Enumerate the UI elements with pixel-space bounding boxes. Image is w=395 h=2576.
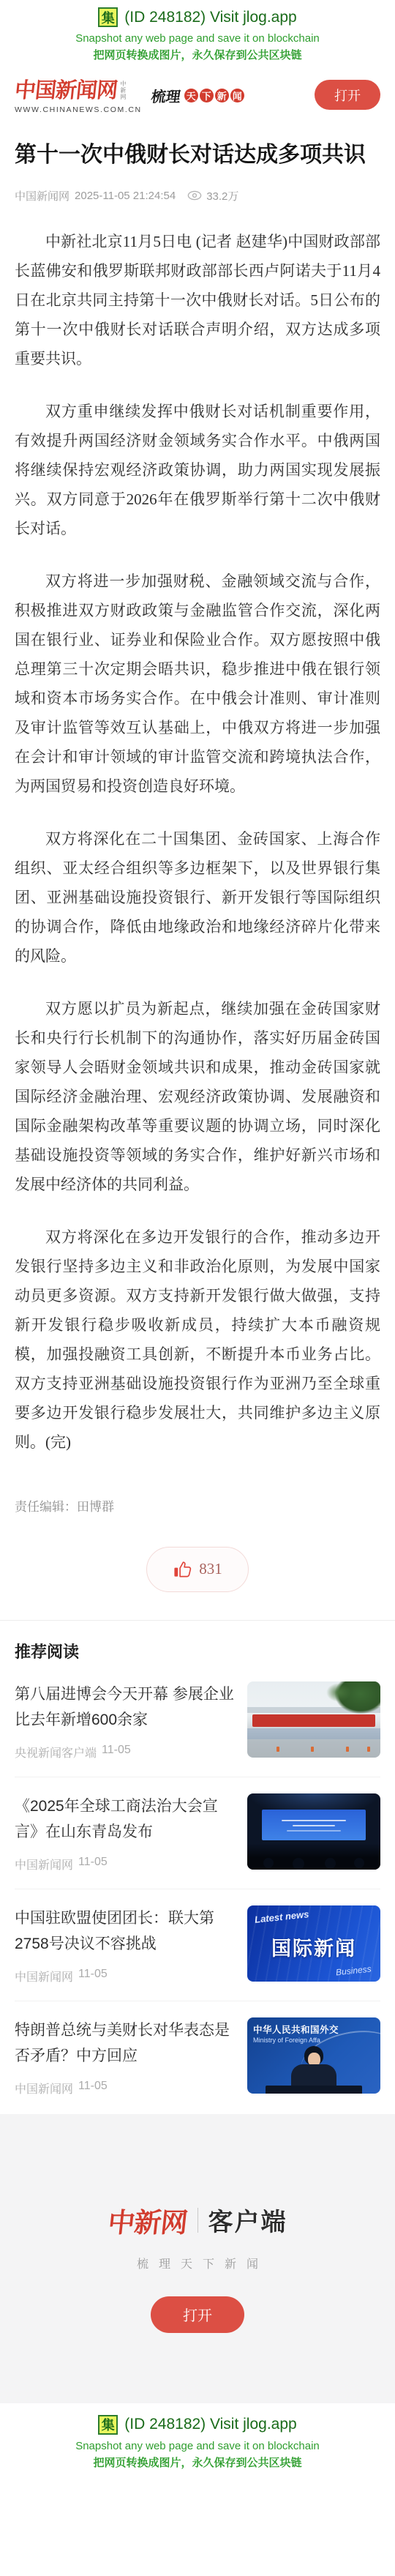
- article-paragraph: 中新社北京11月5日电 (记者 赵建华)中国财政部部长蓝佛安和俄罗斯联邦财政部部…: [15, 227, 380, 373]
- recommend-item-date: 11-05: [78, 2080, 108, 2097]
- view-count-value: 33.2万: [206, 188, 238, 204]
- international-news-thumbnail: Latest news 国际新闻 Business: [247, 1905, 380, 1982]
- jlog-banner-subtitle-cn: 把网页转换成图片，永久保存到公共区块链: [0, 2454, 395, 2470]
- footer-tagline: 梳理天下新闻: [0, 2255, 395, 2271]
- article-title: 第十一次中俄财长对话达成多项共识: [15, 141, 380, 171]
- recommend-item[interactable]: 特朗普总统与美财长对华表态是否矛盾？中方回应 中国新闻网 11-05 中华人民共…: [15, 2001, 380, 2113]
- jlog-banner-subtitle-cn: 把网页转换成图片，永久保存到公共区块链: [0, 47, 395, 62]
- article-body: 中新社北京11月5日电 (记者 赵建华)中国财政部部长蓝佛安和俄罗斯联邦财政部部…: [15, 227, 380, 1457]
- recommend-item-title: 特朗普总统与美财长对华表态是否矛盾？中方回应: [15, 2017, 234, 2069]
- view-count: 33.2万: [187, 188, 238, 204]
- recommend-item-source: 中国新闻网: [15, 1968, 73, 1985]
- recommend-heading: 推荐阅读: [15, 1640, 380, 1662]
- footer-logo-divider: [197, 2208, 198, 2233]
- recommend-item[interactable]: 中国驻欧盟使团团长：联大第2758号决议不容挑战 中国新闻网 11-05 Lat…: [15, 1889, 380, 2001]
- jlog-banner-title: (ID 248182) Visit jlog.app: [124, 9, 296, 26]
- conference-stage-thumbnail: [247, 1793, 380, 1870]
- article-paragraph: 双方将深化在二十国集团、金砖国家、上海合作组织、亚太经合组织等多边框架下，以及世…: [15, 824, 380, 971]
- spokesperson-thumbnail: 中华人民共和国外交 Ministry of Foreign Affa: [247, 2017, 380, 2094]
- screen-text-line: [287, 1830, 340, 1832]
- recommend-item-meta: 中国新闻网 11-05: [15, 2080, 234, 2097]
- tagline-circle: 闻: [230, 89, 244, 102]
- jlog-banner-title: (ID 248182) Visit jlog.app: [124, 2416, 296, 2433]
- traffic-cone-shape: [346, 1747, 349, 1752]
- traffic-cone-shape: [311, 1747, 314, 1752]
- recommend-item-meta: 中国新闻网 11-05: [15, 1856, 234, 1873]
- expo-facade-shape: [247, 1728, 380, 1739]
- site-header: 中国新闻网 中新网 WWW.CHINANEWS.COM.CN 梳理 天 下 新 …: [0, 71, 395, 122]
- recommend-list: 第八届进博会今天开幕 参展企业比去年新增600余家 央视新闻客户端 11-05: [15, 1665, 380, 2113]
- site-logo-side-text: 中新网: [119, 81, 126, 100]
- editor-line: 责任编辑：田博群: [15, 1496, 380, 1515]
- tree-shape: [326, 1683, 351, 1702]
- footer-logo-text: 中新网: [106, 2200, 189, 2240]
- article-paragraph: 双方愿以扩员为新起点，继续加强在金砖国家财长和央行行长机制下的沟通协作，落实好历…: [15, 994, 380, 1199]
- jlog-banner-top[interactable]: 集 (ID 248182) Visit jlog.app Snapshot an…: [0, 0, 395, 71]
- article-source: 中国新闻网: [15, 188, 69, 204]
- open-app-button-footer[interactable]: 打开: [151, 2296, 244, 2333]
- recommend-item-date: 11-05: [102, 1744, 131, 1761]
- thumbs-up-icon: [173, 1559, 192, 1579]
- recommend-item-source: 中国新闻网: [15, 1856, 73, 1873]
- app-footer: 中新网 客户端 梳理天下新闻 打开: [0, 2114, 395, 2403]
- audience-head-shape: [354, 1858, 364, 1868]
- audience-head-shape: [263, 1858, 274, 1868]
- section-divider: [0, 1620, 395, 1621]
- spokesperson-body-shape: [291, 2064, 336, 2086]
- tagline-circle: 下: [200, 89, 214, 102]
- recommend-item-title: 中国驻欧盟使团团长：联大第2758号决议不容挑战: [15, 1905, 234, 1957]
- recommend-item-source: 中国新闻网: [15, 2080, 73, 2097]
- expo-red-banner-shape: [252, 1714, 375, 1727]
- jlog-badge-icon: 集: [98, 7, 118, 27]
- like-button[interactable]: 831: [146, 1547, 249, 1592]
- site-tagline: 梳理 天 下 新 闻: [151, 85, 244, 106]
- jlog-banner-subtitle-en: Snapshot any web page and save it on blo…: [0, 32, 395, 45]
- screen-text-line: [293, 1825, 335, 1826]
- article-paragraph: 双方将进一步加强财税、金融领域交流与合作，积极推进双方财政政策与金融监管合作交流…: [15, 567, 380, 801]
- eye-icon: [187, 190, 202, 201]
- tagline-prefix: 梳理: [150, 85, 182, 106]
- jlog-banner-bottom[interactable]: 集 (ID 248182) Visit jlog.app Snapshot an…: [0, 2403, 395, 2483]
- jlog-banner-subtitle-en: Snapshot any web page and save it on blo…: [0, 2440, 395, 2452]
- screen-text-line: [282, 1820, 346, 1821]
- recommend-item-meta: 央视新闻客户端 11-05: [15, 1744, 234, 1761]
- recommend-item-meta: 中国新闻网 11-05: [15, 1968, 234, 1985]
- site-logo-text: 中国新闻网: [13, 81, 118, 102]
- page: 集 (ID 248182) Visit jlog.app Snapshot an…: [0, 0, 395, 2576]
- recommend-item-title: 《2025年全球工商法治大会宣言》在山东青岛发布: [15, 1793, 234, 1845]
- thumbnail-caption: Ministry of Foreign Affa: [253, 2036, 320, 2044]
- tagline-circle: 天: [184, 89, 198, 102]
- site-url: WWW.CHINANEWS.COM.CN: [15, 105, 142, 114]
- jlog-badge-icon: 集: [98, 2415, 118, 2435]
- traffic-cone-shape: [367, 1747, 370, 1752]
- article-paragraph: 双方将深化在多边开发银行的合作，推动多边开发银行坚持多边主义和非政治化原则，为发…: [15, 1222, 380, 1457]
- recommend-item-title: 第八届进博会今天开幕 参展企业比去年新增600余家: [15, 1681, 234, 1733]
- recommend-item[interactable]: 第八届进博会今天开幕 参展企业比去年新增600余家 央视新闻客户端 11-05: [15, 1665, 380, 1777]
- conference-screen-shape: [262, 1810, 366, 1840]
- recommend-item-date: 11-05: [78, 1856, 108, 1873]
- recommend-item[interactable]: 《2025年全球工商法治大会宣言》在山东青岛发布 中国新闻网 11-05: [15, 1777, 380, 1889]
- footer-logo: 中新网 客户端: [0, 2200, 395, 2240]
- podium-shape: [266, 2086, 361, 2094]
- thumbnail-caption: 中华人民共和国外交: [253, 2023, 339, 2036]
- audience-head-shape: [293, 1858, 304, 1870]
- expo-building-thumbnail: [247, 1681, 380, 1758]
- thumbnail-title: 国际新闻: [247, 1933, 380, 1961]
- open-app-button[interactable]: 打开: [315, 80, 380, 110]
- article-meta: 中国新闻网 2025-11-05 21:24:54 33.2万: [15, 188, 380, 204]
- article-paragraph: 双方重申继续发挥中俄财长对话机制重要作用，有效提升两国经济财金领域务实合作水平。…: [15, 397, 380, 543]
- tagline-circle: 新: [215, 89, 229, 102]
- traffic-cone-shape: [276, 1747, 279, 1752]
- audience-head-shape: [325, 1858, 336, 1869]
- recommend-item-source: 央视新闻客户端: [15, 1744, 97, 1761]
- recommend-item-date: 11-05: [78, 1968, 108, 1985]
- footer-logo-client-text: 客户端: [208, 2202, 287, 2238]
- like-count: 831: [199, 1560, 222, 1578]
- article-datetime: 2025-11-05 21:24:54: [75, 190, 176, 202]
- site-logo[interactable]: 中国新闻网 中新网 WWW.CHINANEWS.COM.CN: [15, 81, 142, 114]
